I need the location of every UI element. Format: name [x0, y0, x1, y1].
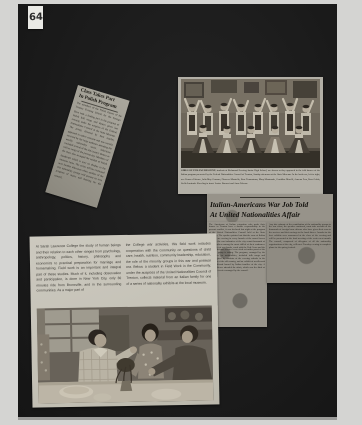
- college-photo: [37, 305, 214, 403]
- scrapbook-page: 64 Class Takes Part In Polish Program Th…: [18, 4, 337, 417]
- caption-lead: GIRLS OF ITALIAN DESCENT,: [181, 169, 216, 172]
- dance-photo-caption: GIRLS OF ITALIAN DESCENT, students at Ri…: [181, 169, 320, 191]
- article-headline-line2: At United Nationalities Affair: [210, 210, 330, 220]
- column-rule: [240, 197, 300, 198]
- college-photo-illustration: [37, 305, 214, 403]
- page-number: 64: [28, 12, 42, 23]
- article-headline-line1: Italian-Americans War Job Told: [210, 200, 330, 210]
- dance-photo: [181, 79, 320, 168]
- dance-photo-illustration: [181, 79, 320, 168]
- dance-photo-clipping: GIRLS OF ITALIAN DESCENT, students at Ri…: [178, 77, 323, 194]
- scrapbook-scan: 64 Class Takes Part In Polish Program Th…: [0, 0, 362, 425]
- article-headline-block: Italian-Americans War Job Told At United…: [207, 194, 333, 222]
- polish-program-clipping: Class Takes Part In Polish Program The m…: [45, 85, 129, 208]
- polish-clipping-body: The members of the Polish classes of the…: [46, 100, 125, 206]
- college-text-columns: At Sarah Lawrence College the study of h…: [36, 241, 212, 301]
- college-text-right: the College war activities, this field w…: [126, 241, 212, 299]
- article-clipping: Italian-Americans War Job Told At United…: [207, 194, 333, 327]
- article-columns: The Americans of Italian extraction who …: [207, 222, 333, 327]
- page-number-label: 64: [28, 6, 43, 29]
- article-column-right: Any fair estimate of the contribution of…: [267, 222, 333, 283]
- page-bottom-shadow: [18, 417, 337, 420]
- college-clipping: At Sarah Lawrence College the study of h…: [30, 233, 220, 407]
- college-text-left: At Sarah Lawrence College the study of h…: [36, 243, 122, 301]
